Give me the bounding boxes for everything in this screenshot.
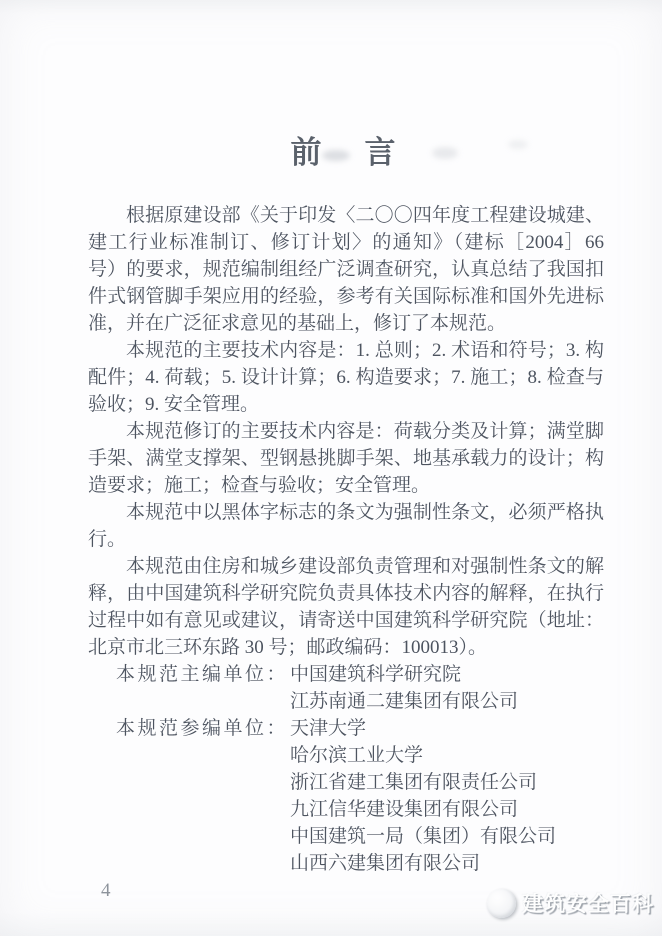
org-name: 中国建筑一局（集团）有限公司	[290, 823, 556, 850]
foreword-paragraph-1: 根据原建设部《关于印发〈二〇〇四年度工程建设城建、建工行业标准制订、修订计划〉的…	[88, 202, 604, 337]
watermark: 建筑安全百科	[487, 888, 654, 918]
foreword-paragraph-4: 本规范中以黑体字标志的条文为强制性条文，必须严格执行。	[88, 499, 604, 553]
watermark-text: 建筑安全百科	[522, 888, 654, 918]
page-content: 前 言 根据原建设部《关于印发〈二〇〇四年度工程建设城建、建工行业标准制订、修订…	[88, 0, 604, 877]
safety-encyclopedia-logo-icon	[487, 889, 516, 918]
org-name: 山西六建集团有限公司	[290, 850, 556, 877]
chief-editor-block: 本规范主编单位： 中国建筑科学研究院 江苏南通二建集团有限公司	[88, 661, 604, 715]
org-name: 哈尔滨工业大学	[290, 742, 556, 769]
org-name: 江苏南通二建集团有限公司	[290, 688, 518, 715]
org-name: 九江信华建设集团有限公司	[290, 796, 556, 823]
participating-editor-label: 本规范参编单位：	[116, 715, 288, 877]
foreword-paragraph-5: 本规范由住房和城乡建设部负责管理和对强制性条文的解释，由中国建筑科学研究院负责具…	[88, 553, 604, 661]
chief-editor-label: 本规范主编单位：	[116, 661, 288, 715]
foreword-body: 根据原建设部《关于印发〈二〇〇四年度工程建设城建、建工行业标准制订、修订计划〉的…	[88, 202, 604, 877]
scanned-document-page: 前 言 根据原建设部《关于印发〈二〇〇四年度工程建设城建、建工行业标准制订、修订…	[0, 0, 662, 936]
participating-editor-block: 本规范参编单位： 天津大学 哈尔滨工业大学 浙江省建工集团有限责任公司 九江信华…	[88, 715, 604, 877]
org-name: 浙江省建工集团有限责任公司	[290, 769, 556, 796]
foreword-paragraph-2: 本规范的主要技术内容是：1. 总则；2. 术语和符号；3. 构配件；4. 荷载；…	[88, 337, 604, 418]
participating-editor-orgs: 天津大学 哈尔滨工业大学 浙江省建工集团有限责任公司 九江信华建设集团有限公司 …	[290, 715, 556, 877]
chief-editor-orgs: 中国建筑科学研究院 江苏南通二建集团有限公司	[290, 661, 518, 715]
foreword-title: 前 言	[88, 134, 604, 172]
page-number: 4	[101, 880, 111, 902]
org-name: 天津大学	[290, 715, 556, 742]
foreword-paragraph-3: 本规范修订的主要技术内容是：荷载分类及计算；满堂脚手架、满堂支撑架、型钢悬挑脚手…	[88, 418, 604, 499]
org-name: 中国建筑科学研究院	[290, 661, 518, 688]
